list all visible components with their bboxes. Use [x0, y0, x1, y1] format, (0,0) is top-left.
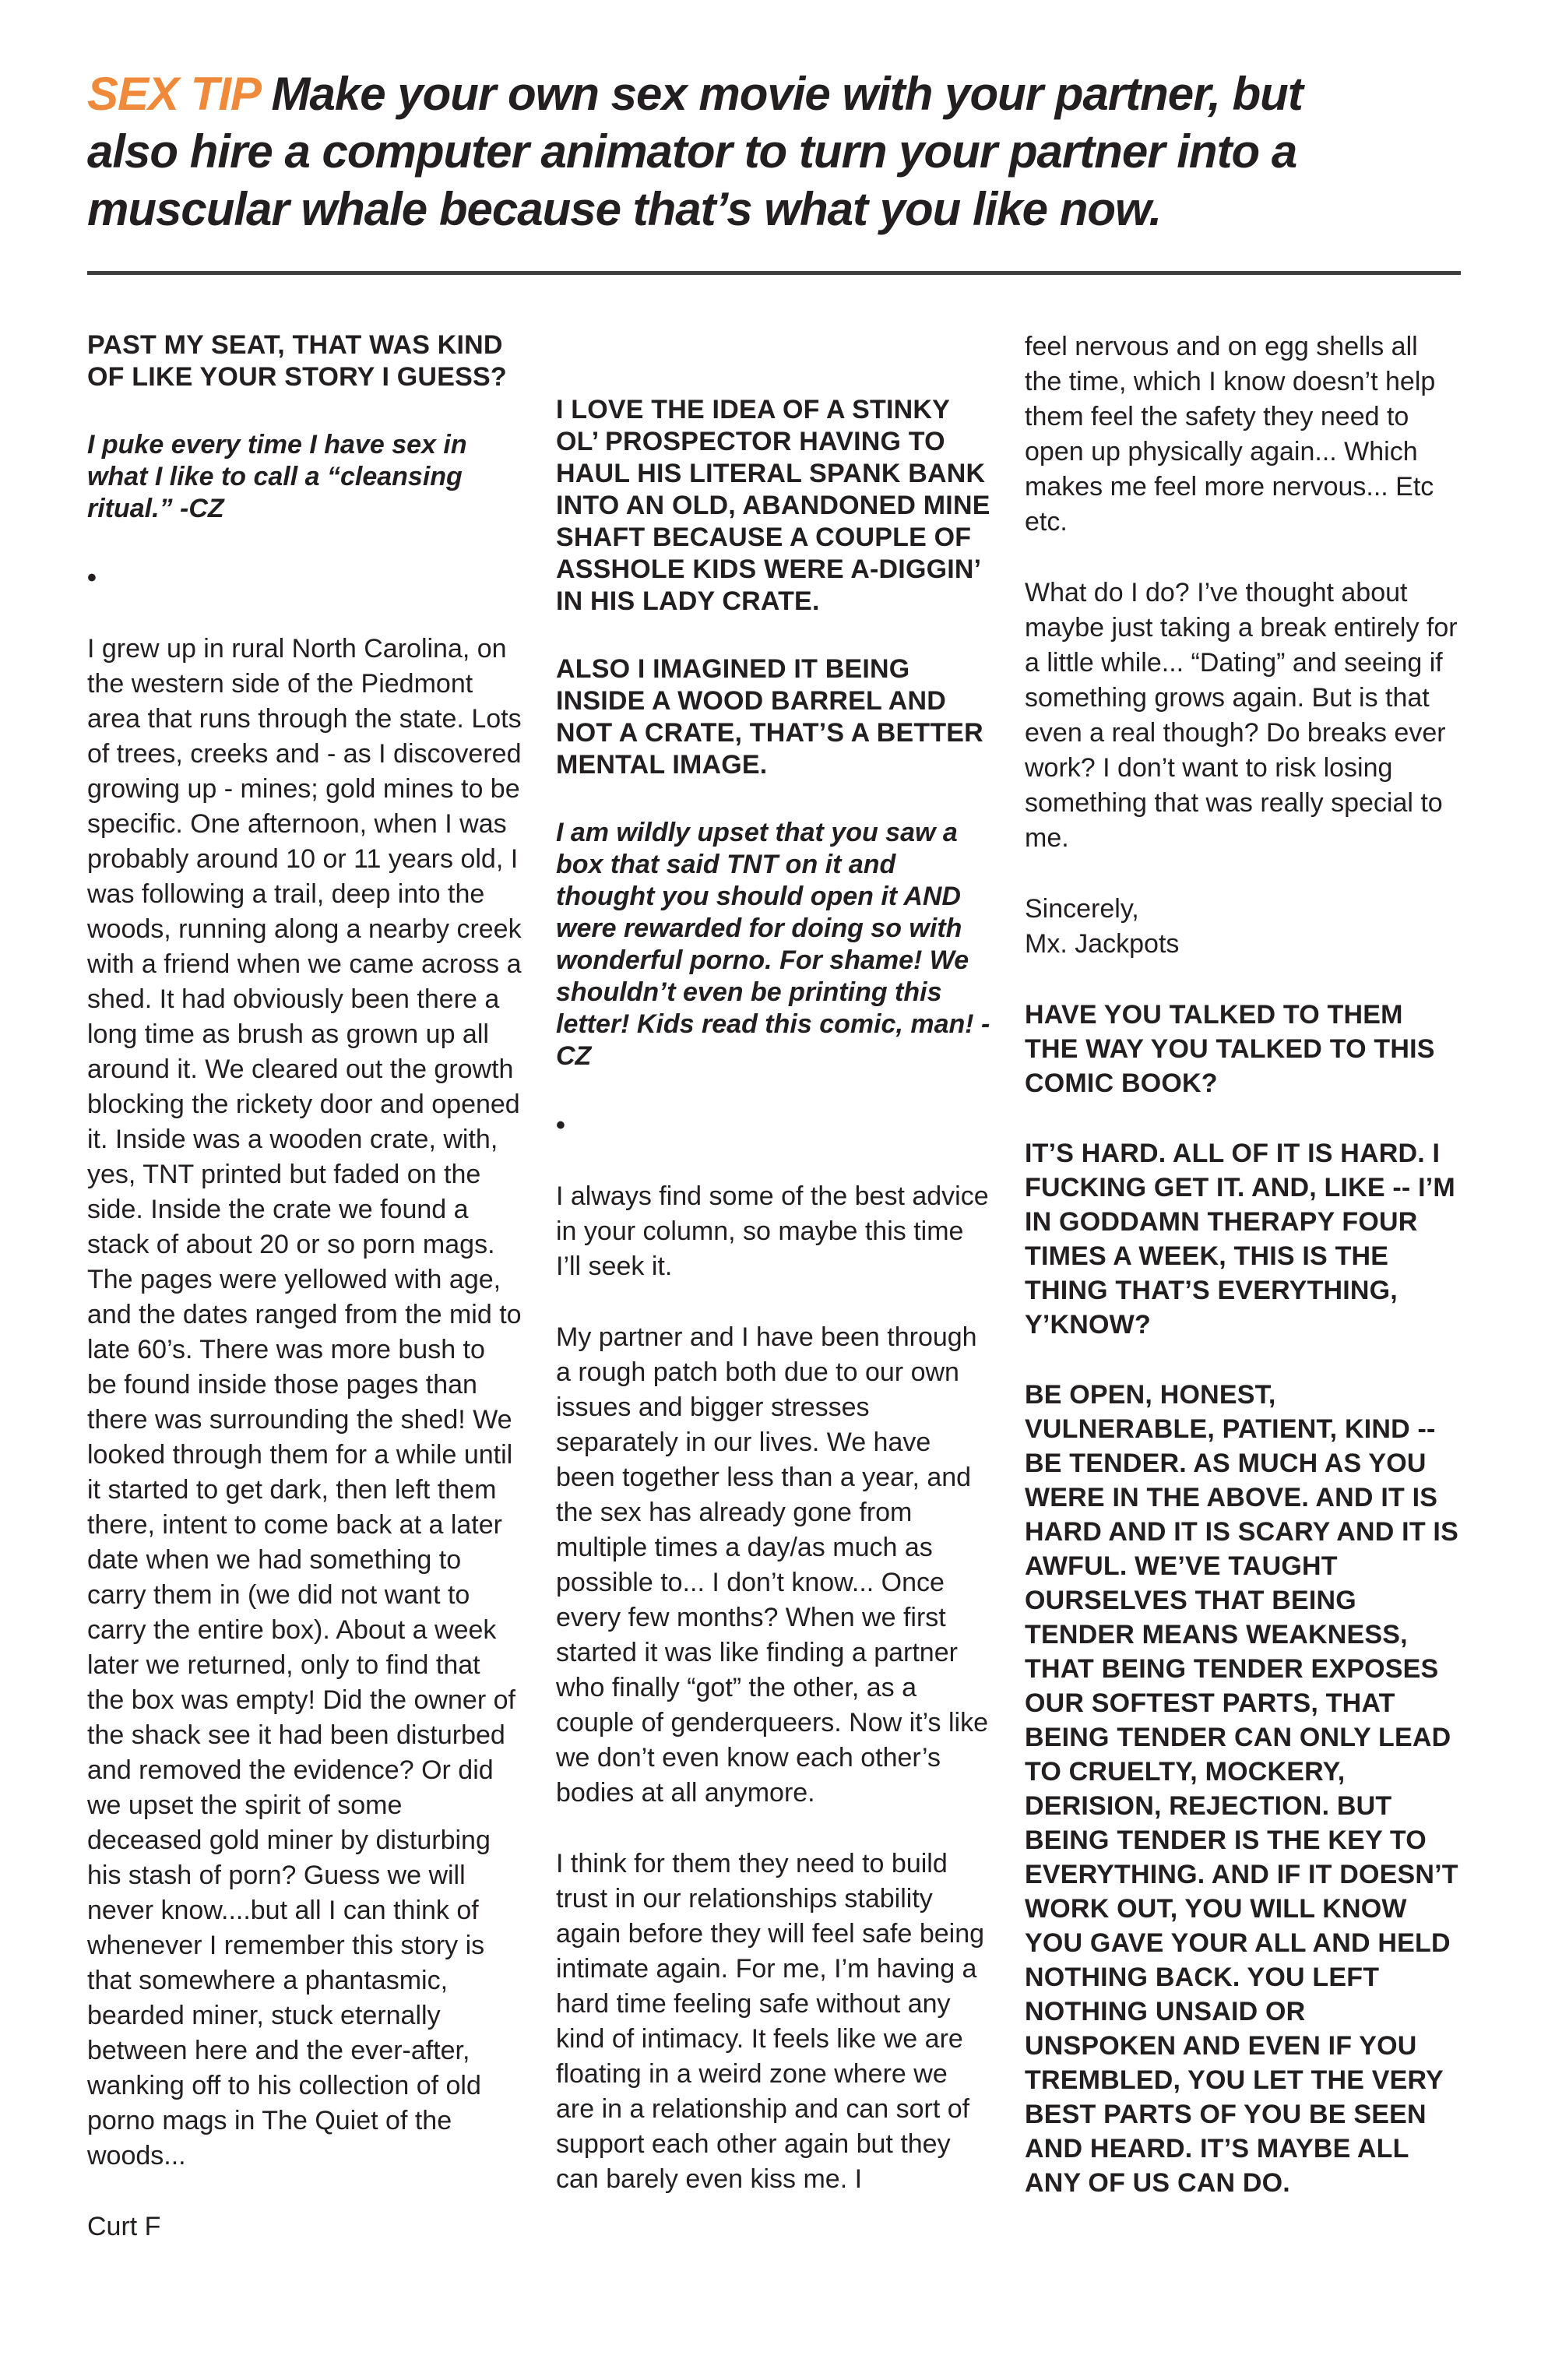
- editor-note: I am wildly upset that you saw a box tha…: [556, 817, 990, 1072]
- editor-note: I puke every time I have sex in what I l…: [87, 429, 522, 525]
- reader-letter: What do I do? I’ve thought about maybe j…: [1025, 576, 1459, 856]
- column-2: I LOVE THE IDEA OF A STINKY OL’ PROSPECT…: [556, 329, 990, 2280]
- letter-signature: Sincerely, Mx. Jackpots: [1025, 892, 1459, 962]
- letter-signature: Curt F: [87, 2209, 522, 2244]
- reader-letter: My partner and I have been through a rou…: [556, 1320, 990, 1811]
- editor-response: I LOVE THE IDEA OF A STINKY OL’ PROSPECT…: [556, 394, 990, 618]
- letters-page: SEX TIP Make your own sex movie with you…: [0, 0, 1548, 2380]
- column-layout: PAST MY SEAT, THAT WAS KIND OF LIKE YOUR…: [87, 329, 1461, 2280]
- editor-response: IT’S HARD. ALL OF IT IS HARD. I FUCKING …: [1025, 1136, 1459, 1342]
- column-1: PAST MY SEAT, THAT WAS KIND OF LIKE YOUR…: [87, 329, 522, 2280]
- reader-letter: I think for them they need to build trus…: [556, 1847, 990, 2197]
- divider-rule: [87, 271, 1461, 275]
- separator-bullet: •: [87, 561, 522, 596]
- editor-response: PAST MY SEAT, THAT WAS KIND OF LIKE YOUR…: [87, 329, 522, 393]
- separator-bullet: •: [556, 1108, 990, 1143]
- reader-letter: I grew up in rural North Carolina, on th…: [87, 632, 522, 2174]
- editor-response: HAVE YOU TALKED TO THEM THE WAY YOU TALK…: [1025, 998, 1459, 1100]
- sex-tip-text: Make your own sex movie with your partne…: [87, 68, 1303, 235]
- editor-response: ALSO I IMAGINED IT BEING INSIDE A WOOD B…: [556, 653, 990, 781]
- sex-tip-label: SEX TIP: [87, 68, 259, 120]
- reader-letter: I always find some of the best advice in…: [556, 1179, 990, 1284]
- column-3: feel nervous and on egg shells all the t…: [1025, 329, 1459, 2280]
- editor-response: BE OPEN, HONEST, VULNERABLE, PATIENT, KI…: [1025, 1378, 1459, 2200]
- reader-letter-continued: feel nervous and on egg shells all the t…: [1025, 329, 1459, 540]
- sex-tip-headline: SEX TIP Make your own sex movie with you…: [87, 65, 1497, 238]
